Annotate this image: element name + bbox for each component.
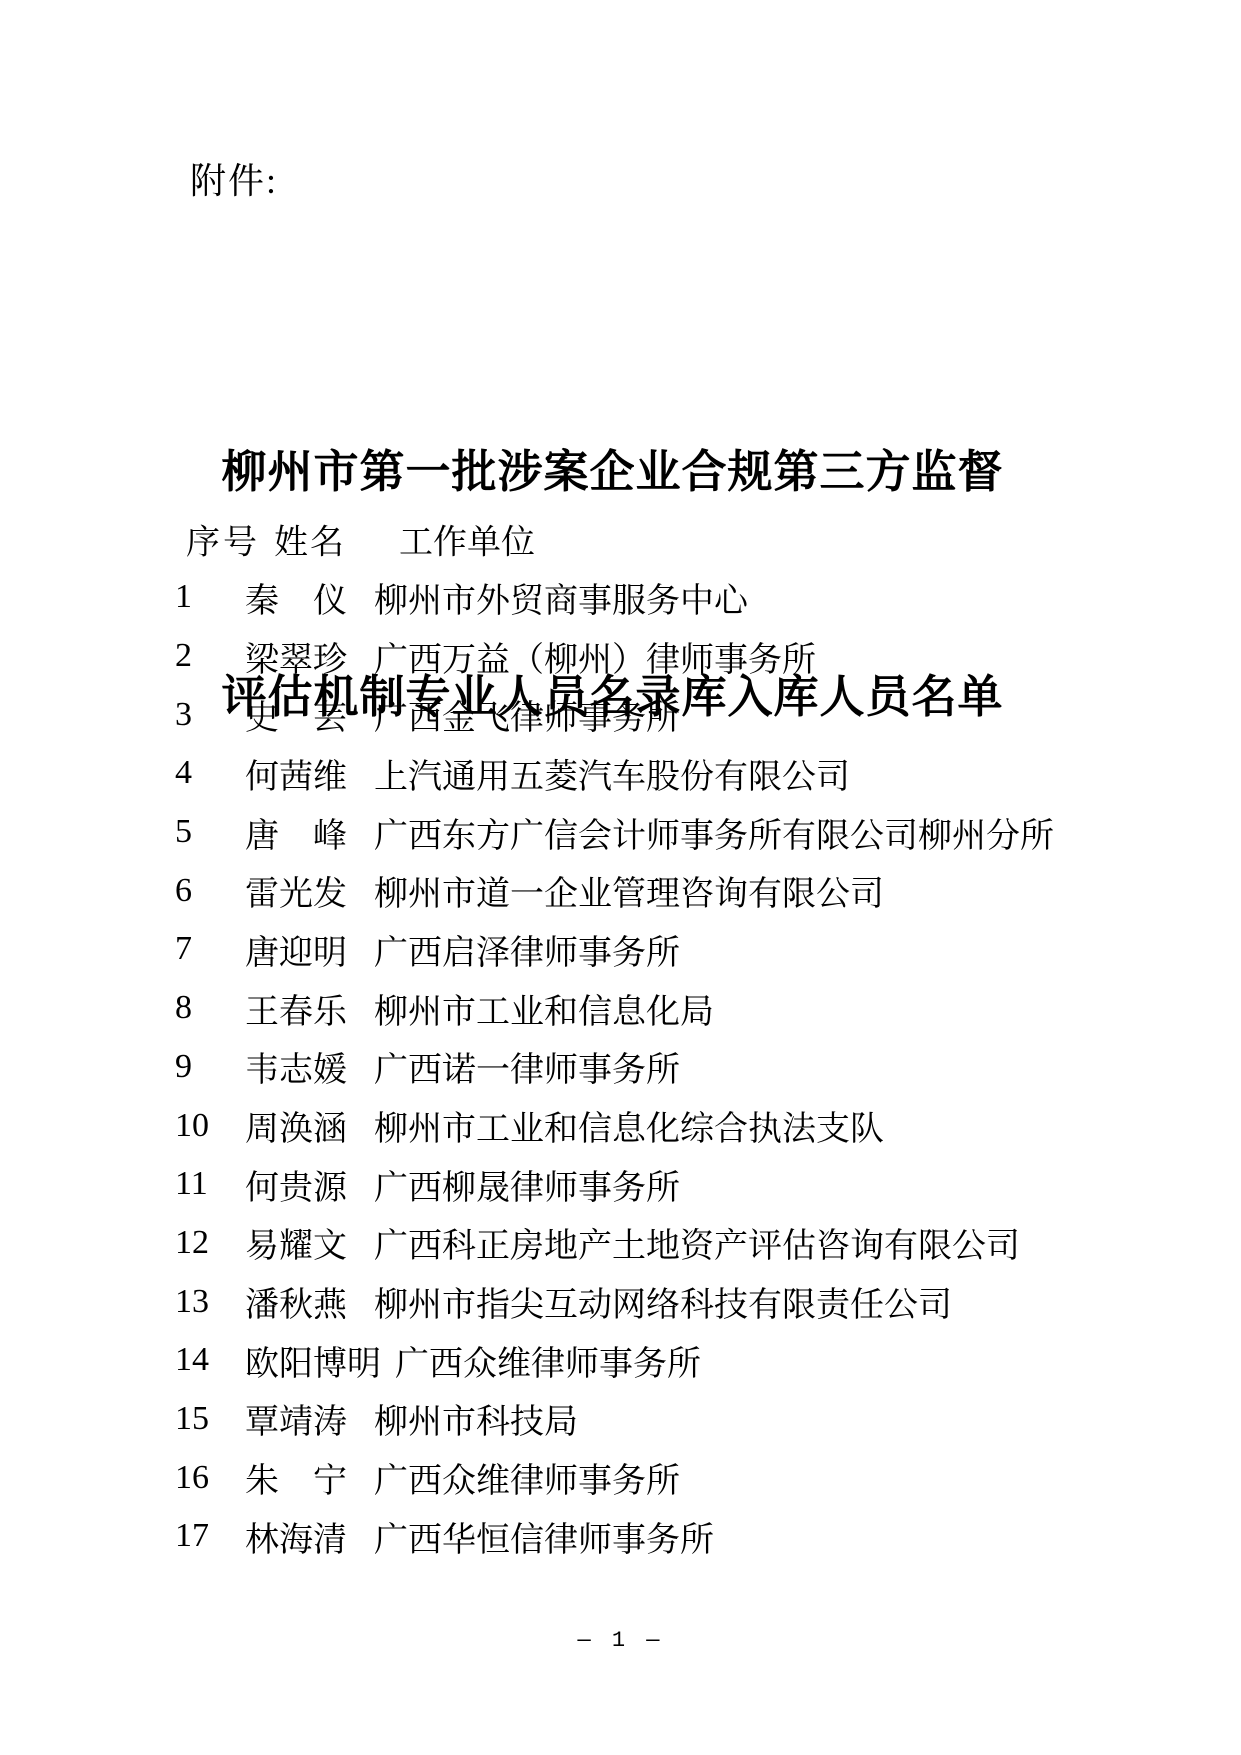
- row-name: 覃靖涛: [245, 1394, 374, 1443]
- row-index: 2: [175, 637, 245, 675]
- row-index: 14: [175, 1341, 245, 1379]
- table-row: 16 朱 宁 广西众维律师事务所: [0, 1448, 1241, 1507]
- row-index: 9: [175, 1048, 245, 1086]
- table-row: 14 欧阳博明 广西众维律师事务所: [0, 1331, 1241, 1390]
- row-name: 潘秋燕: [245, 1277, 374, 1326]
- row-unit: 广西华恒信律师事务所: [374, 1512, 714, 1561]
- table-row: 6 雷光发 柳州市道一企业管理咨询有限公司: [0, 861, 1241, 920]
- row-name: 秦 仪: [245, 573, 374, 622]
- row-index: 5: [175, 813, 245, 851]
- row-index: 13: [175, 1283, 245, 1321]
- row-unit: 广西众维律师事务所: [395, 1336, 701, 1385]
- table-row: 2 梁翠珍 广西万益（柳州）律师事务所: [0, 627, 1241, 686]
- row-index: 15: [175, 1400, 245, 1438]
- document-page: 附件: 柳州市第一批涉案企业合规第三方监督 评估机制专业人员名录库入库人员名单 …: [0, 0, 1241, 1755]
- row-name: 唐迎明: [245, 925, 374, 974]
- row-unit: 广西启泽律师事务所: [374, 925, 680, 974]
- row-name: 易耀文: [245, 1218, 374, 1267]
- row-unit: 柳州市道一企业管理咨询有限公司: [374, 866, 884, 915]
- row-unit: 广西万益（柳州）律师事务所: [374, 632, 816, 681]
- table-row: 1 秦 仪 柳州市外贸商事服务中心: [0, 568, 1241, 627]
- row-index: 11: [175, 1165, 245, 1203]
- row-index: 7: [175, 930, 245, 968]
- table-row: 9 韦志媛 广西诺一律师事务所: [0, 1038, 1241, 1097]
- row-unit: 广西众维律师事务所: [374, 1453, 680, 1502]
- table-row: 10 周涣涵 柳州市工业和信息化综合执法支队: [0, 1096, 1241, 1155]
- table-row: 5 唐 峰 广西东方广信会计师事务所有限公司柳州分所: [0, 803, 1241, 862]
- page-number: — 1 —: [0, 1628, 1241, 1653]
- row-index: 6: [175, 872, 245, 910]
- row-index: 12: [175, 1224, 245, 1262]
- table-row: 4 何茜维 上汽通用五菱汽车股份有限公司: [0, 744, 1241, 803]
- row-name: 梁翠珍: [245, 632, 374, 681]
- row-index: 4: [175, 754, 245, 792]
- row-index: 3: [175, 696, 245, 734]
- table-row: 12 易耀文 广西科正房地产土地资产评估咨询有限公司: [0, 1214, 1241, 1273]
- row-name: 史 芸: [245, 690, 374, 739]
- row-index: 8: [175, 989, 245, 1027]
- attachment-label: 附件:: [190, 160, 278, 203]
- row-name: 何贵源: [245, 1160, 374, 1209]
- row-name: 朱 宁: [245, 1453, 374, 1502]
- row-unit: 柳州市工业和信息化综合执法支队: [374, 1101, 884, 1150]
- header-unit: 工作单位: [399, 514, 535, 563]
- row-name: 王春乐: [245, 984, 374, 1033]
- table-row: 15 覃靖涛 柳州市科技局: [0, 1390, 1241, 1449]
- row-unit: 柳州市外贸商事服务中心: [374, 573, 748, 622]
- header-index: 序号: [186, 514, 260, 563]
- table-row: 11 何贵源 广西柳晟律师事务所: [0, 1155, 1241, 1214]
- row-index: 16: [175, 1459, 245, 1497]
- roster-header: 序号 姓名 工作单位: [0, 509, 1241, 568]
- row-unit: 广西诺一律师事务所: [374, 1042, 680, 1091]
- row-name: 唐 峰: [245, 808, 374, 857]
- row-unit: 广西金飞律师事务所: [374, 690, 680, 739]
- table-row: 13 潘秋燕 柳州市指尖互动网络科技有限责任公司: [0, 1272, 1241, 1331]
- row-unit: 柳州市指尖互动网络科技有限责任公司: [374, 1277, 952, 1326]
- row-index: 1: [175, 578, 245, 616]
- row-name: 雷光发: [245, 866, 374, 915]
- row-unit: 广西东方广信会计师事务所有限公司柳州分所: [374, 808, 1054, 857]
- row-unit: 柳州市科技局: [374, 1394, 578, 1443]
- document-title-line1: 柳州市第一批涉案企业合规第三方监督: [0, 435, 1225, 510]
- header-name: 姓名: [274, 514, 346, 563]
- row-unit: 上汽通用五菱汽车股份有限公司: [374, 749, 850, 798]
- row-unit: 柳州市工业和信息化局: [374, 984, 714, 1033]
- row-unit: 广西柳晟律师事务所: [374, 1160, 680, 1209]
- table-row: 8 王春乐 柳州市工业和信息化局: [0, 979, 1241, 1038]
- row-unit: 广西科正房地产土地资产评估咨询有限公司: [374, 1218, 1020, 1267]
- row-name: 林海清: [245, 1512, 374, 1561]
- row-index: 17: [175, 1517, 245, 1555]
- row-index: 10: [175, 1107, 245, 1145]
- roster-table: 序号 姓名 工作单位 1 秦 仪 柳州市外贸商事服务中心 2 梁翠珍 广西万益（…: [0, 509, 1241, 1566]
- table-row: 7 唐迎明 广西启泽律师事务所: [0, 920, 1241, 979]
- table-row: 17 林海清 广西华恒信律师事务所: [0, 1507, 1241, 1566]
- roster-list: 1 秦 仪 柳州市外贸商事服务中心 2 梁翠珍 广西万益（柳州）律师事务所 3 …: [0, 568, 1241, 1566]
- row-name: 何茜维: [245, 749, 374, 798]
- table-row: 3 史 芸 广西金飞律师事务所: [0, 685, 1241, 744]
- row-name: 周涣涵: [245, 1101, 374, 1150]
- row-name: 欧阳博明: [245, 1336, 395, 1385]
- row-name: 韦志媛: [245, 1042, 374, 1091]
